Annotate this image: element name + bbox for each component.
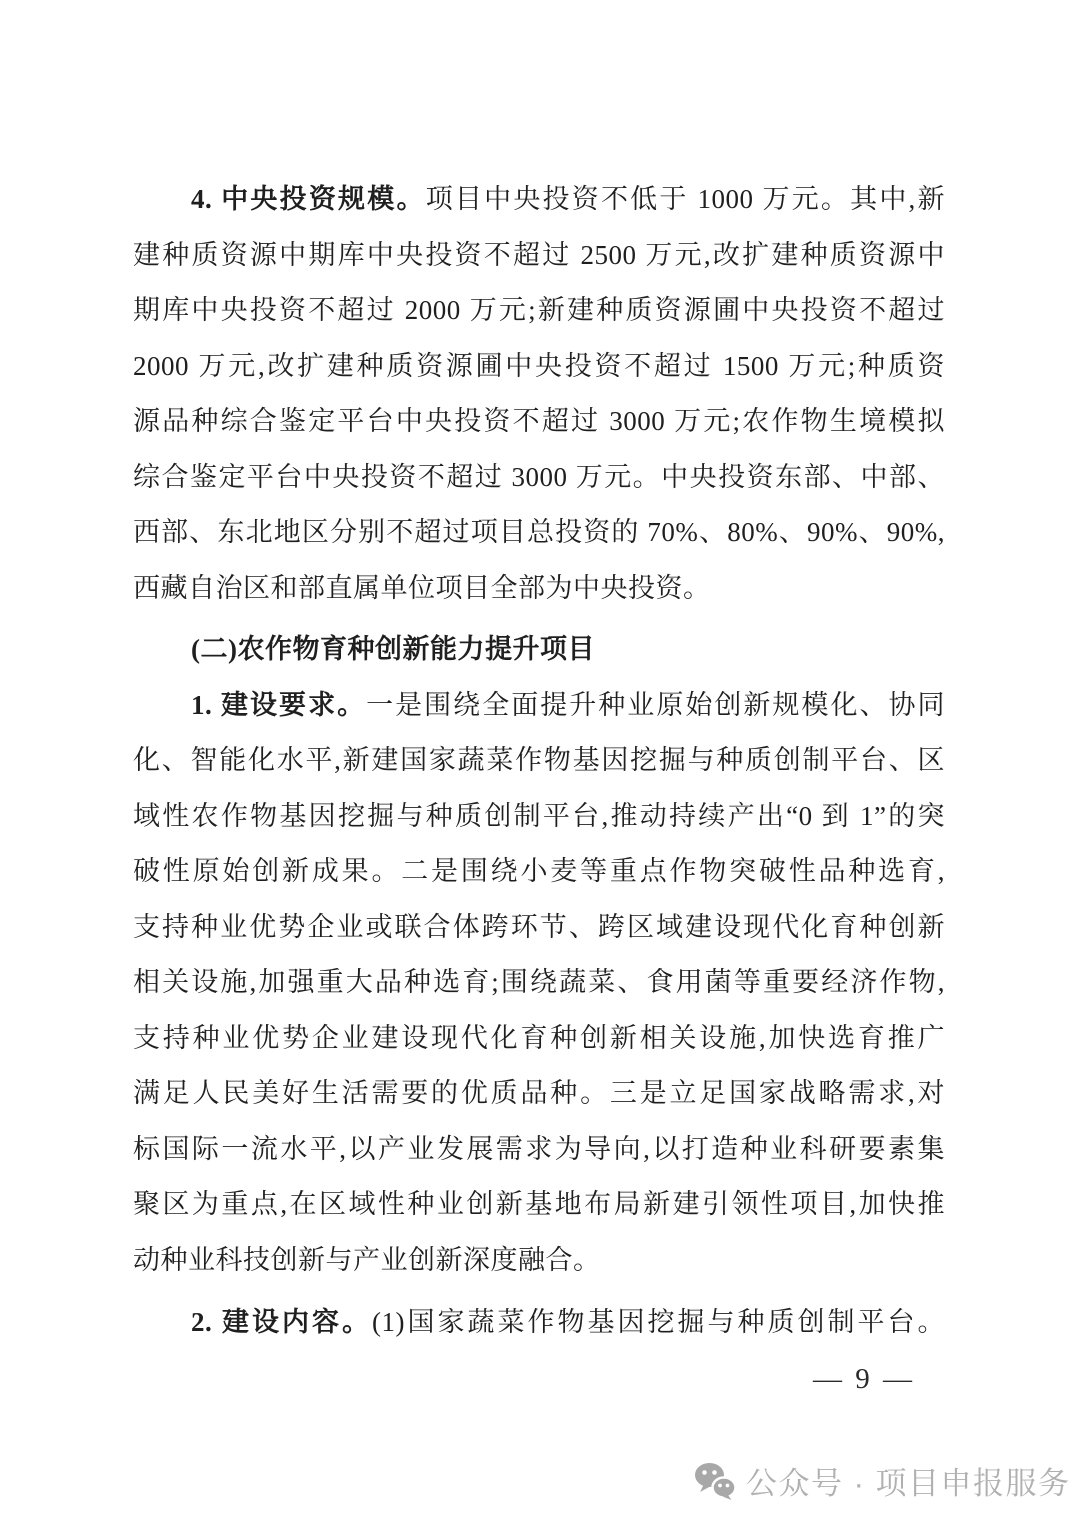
text-run: 期库中央投资不超过 2000 万元;新建种质资源圃中央投资不超过: [133, 295, 945, 325]
bold-run: 2. 建设内容。: [191, 1307, 372, 1337]
bold-run: 1. 建设要求。: [191, 690, 366, 720]
text-line: 2. 建设内容。(1)国家蔬菜作物基因挖掘与种质创制平台。: [133, 1295, 945, 1351]
text-line: 动种业科技创新与产业创新深度融合。: [133, 1233, 945, 1289]
text-run: 支持种业优势企业建设现代化育种创新相关设施,加快选育推广: [133, 1023, 945, 1053]
text-run: 标国际一流水平,以产业发展需求为导向,以打造种业科研要素集: [133, 1134, 945, 1164]
text-line: 标国际一流水平,以产业发展需求为导向,以打造种业科研要素集: [133, 1122, 945, 1178]
text-run: 满足人民美好生活需要的优质品种。三是立足国家战略需求,对: [133, 1078, 945, 1108]
bold-run: (二)农作物育种创新能力提升项目: [191, 634, 595, 664]
text-run: 破性原始创新成果。二是围绕小麦等重点作物突破性品种选育,: [133, 856, 945, 886]
wechat-watermark: 公众号 · 项目申报服务: [694, 1458, 1071, 1503]
text-line: 域性农作物基因挖掘与种质创制平台,推动持续产出“0 到 1”的突: [133, 789, 945, 845]
text-run: 一是围绕全面提升种业原始创新规模化、协同: [366, 690, 945, 720]
text-run: 建种质资源中期库中央投资不超过 2500 万元,改扩建种质资源中: [133, 240, 945, 270]
text-line: 1. 建设要求。一是围绕全面提升种业原始创新规模化、协同: [133, 678, 945, 734]
text-line: 化、智能化水平,新建国家蔬菜作物基因挖掘与种质创制平台、区: [133, 733, 945, 789]
text-run: 西藏自治区和部直属单位项目全部为中央投资。: [133, 573, 711, 603]
bold-run: 4. 中央投资规模。: [191, 184, 426, 214]
text-run: 域性农作物基因挖掘与种质创制平台,推动持续产出“0 到 1”的突: [133, 801, 945, 831]
text-run: 化、智能化水平,新建国家蔬菜作物基因挖掘与种质创制平台、区: [133, 745, 945, 775]
text-line: (二)农作物育种创新能力提升项目: [133, 622, 945, 678]
text-line: 2000 万元,改扩建种质资源圃中央投资不超过 1500 万元;种质资: [133, 339, 945, 395]
text-run: 动种业科技创新与产业创新深度融合。: [133, 1245, 601, 1275]
text-run: 聚区为重点,在区域性种业创新基地布局新建引领性项目,加快推: [133, 1189, 945, 1219]
text-run: 西部、东北地区分别不超过项目总投资的 70%、80%、90%、90%,: [133, 517, 945, 547]
wechat-icon: [694, 1462, 736, 1500]
watermark-text: 公众号 · 项目申报服务: [746, 1458, 1071, 1503]
text-line: 源品种综合鉴定平台中央投资不超过 3000 万元;农作物生境模拟: [133, 394, 945, 450]
page-number: — 9 —: [813, 1363, 915, 1396]
document-body: 4. 中央投资规模。项目中央投资不低于 1000 万元。其中,新建种质资源中期库…: [133, 172, 945, 1351]
text-line: 支持种业优势企业建设现代化育种创新相关设施,加快选育推广: [133, 1011, 945, 1067]
text-run: 项目中央投资不低于 1000 万元。其中,新: [426, 184, 945, 214]
text-run: (1)国家蔬菜作物基因挖掘与种质创制平台。: [372, 1307, 945, 1337]
text-line: 相关设施,加强重大品种选育;围绕蔬菜、食用菌等重要经济作物,: [133, 955, 945, 1011]
text-run: 2000 万元,改扩建种质资源圃中央投资不超过 1500 万元;种质资: [133, 351, 945, 381]
text-line: 西部、东北地区分别不超过项目总投资的 70%、80%、90%、90%,: [133, 505, 945, 561]
text-run: 支持种业优势企业或联合体跨环节、跨区域建设现代化育种创新: [133, 912, 945, 942]
text-line: 破性原始创新成果。二是围绕小麦等重点作物突破性品种选育,: [133, 844, 945, 900]
text-run: 源品种综合鉴定平台中央投资不超过 3000 万元;农作物生境模拟: [133, 406, 945, 436]
document-page: 4. 中央投资规模。项目中央投资不低于 1000 万元。其中,新建种质资源中期库…: [0, 0, 1080, 1527]
text-line: 支持种业优势企业或联合体跨环节、跨区域建设现代化育种创新: [133, 900, 945, 956]
text-run: 综合鉴定平台中央投资不超过 3000 万元。中央投资东部、中部、: [133, 462, 945, 492]
text-line: 西藏自治区和部直属单位项目全部为中央投资。: [133, 561, 945, 617]
text-line: 聚区为重点,在区域性种业创新基地布局新建引领性项目,加快推: [133, 1177, 945, 1233]
text-line: 期库中央投资不超过 2000 万元;新建种质资源圃中央投资不超过: [133, 283, 945, 339]
text-line: 4. 中央投资规模。项目中央投资不低于 1000 万元。其中,新: [133, 172, 945, 228]
text-line: 建种质资源中期库中央投资不超过 2500 万元,改扩建种质资源中: [133, 228, 945, 284]
text-line: 综合鉴定平台中央投资不超过 3000 万元。中央投资东部、中部、: [133, 450, 945, 506]
text-run: 相关设施,加强重大品种选育;围绕蔬菜、食用菌等重要经济作物,: [133, 967, 945, 997]
text-line: 满足人民美好生活需要的优质品种。三是立足国家战略需求,对: [133, 1066, 945, 1122]
